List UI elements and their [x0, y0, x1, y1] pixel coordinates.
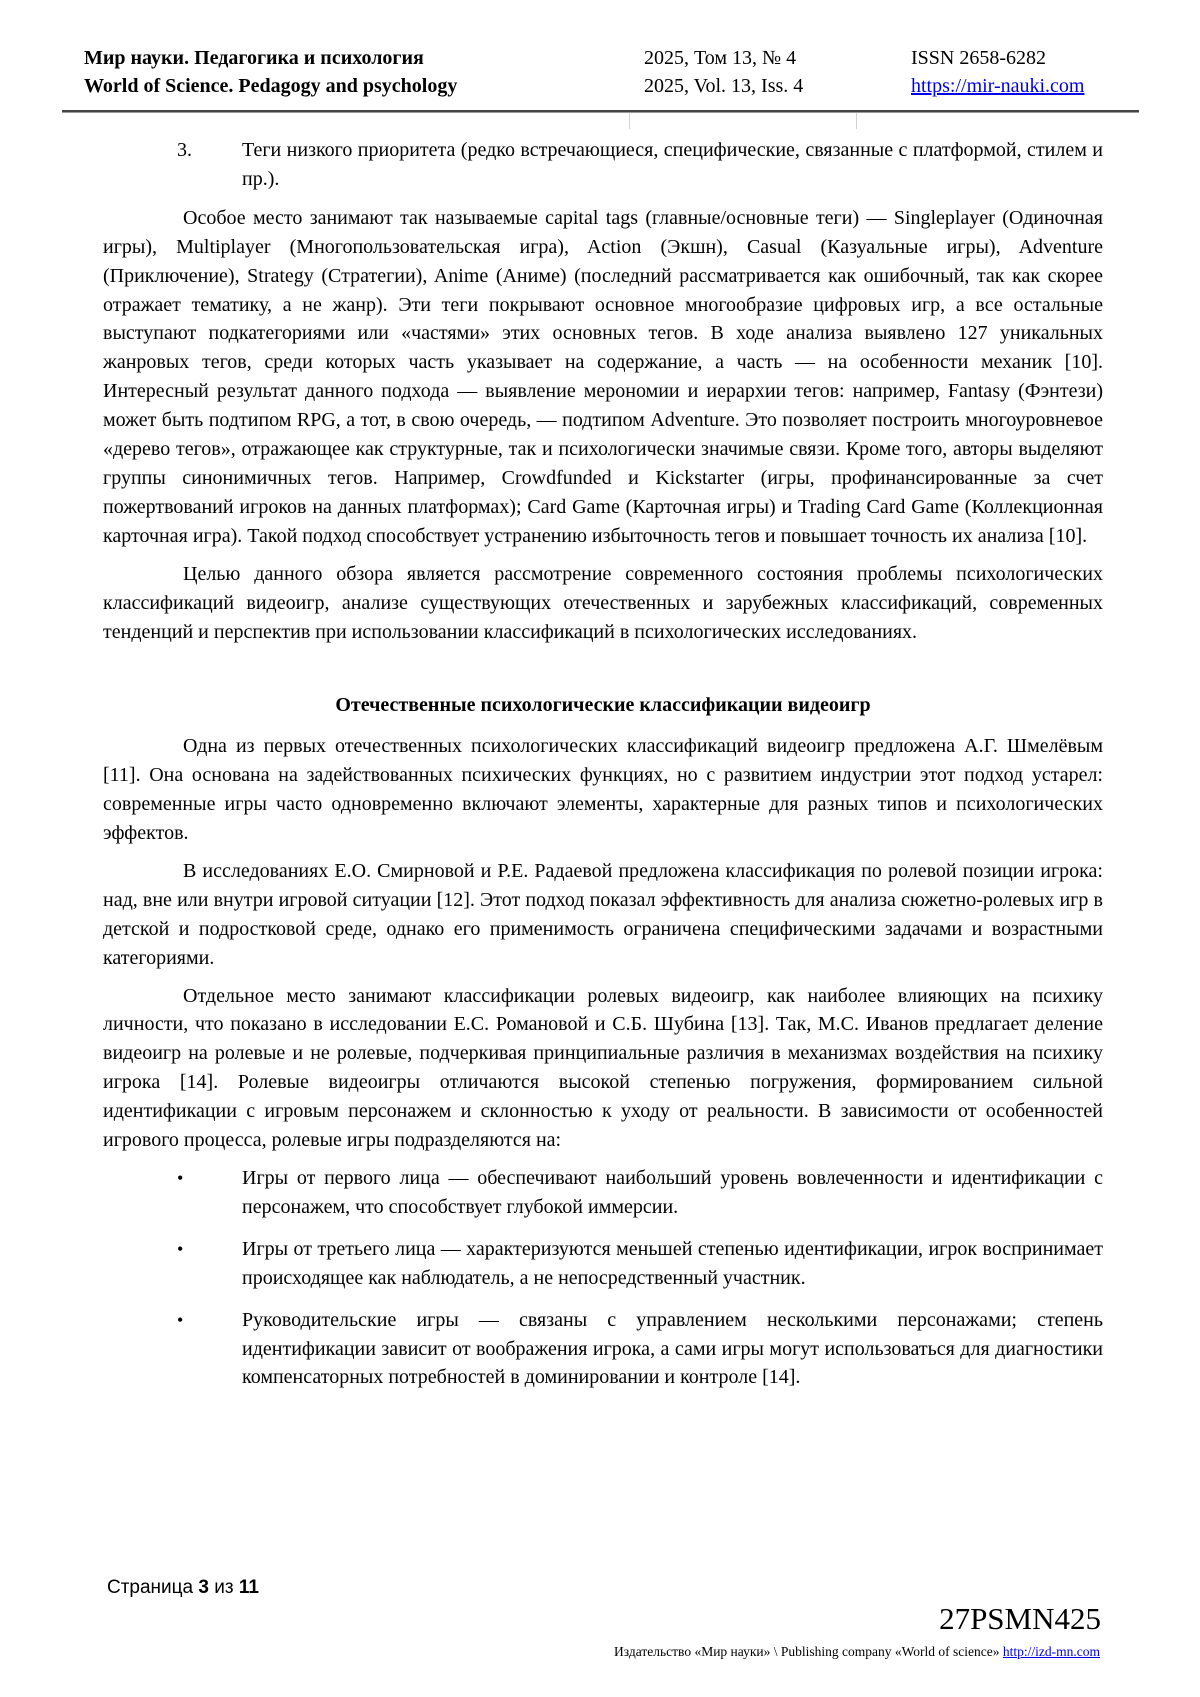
page-current: 3 [198, 1577, 209, 1598]
issue-info-block: 2025, Том 13, № 4 2025, Vol. 13, Iss. 4 [644, 44, 911, 100]
paragraph-capital-tags: Особое место занимают так называемые cap… [103, 204, 1103, 551]
issn-block: ISSN 2658-6282 https://mir-nauki.com [911, 44, 1116, 100]
bullet-dot: • [177, 1235, 242, 1293]
journal-title-ru: Мир науки. Педагогика и психология [84, 44, 644, 72]
article-id: 27PSMN425 [939, 1601, 1101, 1637]
publisher-site-link[interactable]: http://izd-mn.com [1003, 1644, 1100, 1659]
publisher-text: Издательство «Мир науки» \ Publishing co… [614, 1644, 999, 1659]
page-total: 11 [239, 1577, 259, 1598]
page-word: Страница [107, 1577, 193, 1598]
journal-site-link[interactable]: https://mir-nauki.com [911, 75, 1084, 97]
page-counter: Страница 3 из 11 [107, 1576, 259, 1600]
bullet-item-first-person: • Игры от первого лица — обеспечивают на… [103, 1164, 1103, 1222]
paragraph-review-goal: Целью данного обзора является рассмотрен… [103, 560, 1103, 647]
bullet-text: Игры от третьего лица — характеризуются … [242, 1235, 1103, 1293]
list-number: 3. [177, 136, 242, 194]
journal-title-block: Мир науки. Педагогика и психология World… [84, 44, 644, 100]
page-of-word: из [214, 1577, 233, 1598]
numbered-list-item: 3. Теги низкого приоритета (редко встреч… [103, 136, 1103, 194]
paragraph-smirnova-radaeva: В исследованиях Е.О. Смирновой и Р.Е. Ра… [103, 857, 1103, 973]
article-body: 3. Теги низкого приоритета (редко встреч… [103, 136, 1103, 1405]
issue-en: 2025, Vol. 13, Iss. 4 [644, 72, 911, 100]
paragraph-shmelev: Одна из первых отечественных психологиче… [103, 732, 1103, 848]
issn: ISSN 2658-6282 [911, 44, 1116, 72]
issue-ru: 2025, Том 13, № 4 [644, 44, 911, 72]
bullet-dot: • [177, 1306, 242, 1393]
list-item-text: Теги низкого приоритета (редко встречающ… [242, 136, 1103, 194]
paragraph-role-games: Отдельное место занимают классификации р… [103, 982, 1103, 1155]
header-divider [62, 110, 1139, 113]
bullet-dot: • [177, 1164, 242, 1222]
publisher-line: Издательство «Мир науки» \ Publishing co… [614, 1643, 1100, 1661]
bullet-text: Игры от первого лица — обеспечивают наиб… [242, 1164, 1103, 1222]
section-heading: Отечественные психологические классифика… [103, 691, 1103, 720]
journal-title-en: World of Science. Pedagogy and psycholog… [84, 72, 644, 100]
header-divider-tick [629, 113, 630, 129]
header-divider-tick [856, 113, 857, 129]
bullet-item-managerial: • Руководительские игры — связаны с упра… [103, 1306, 1103, 1393]
journal-header: Мир науки. Педагогика и психология World… [84, 44, 1116, 100]
bullet-item-third-person: • Игры от третьего лица — характеризуютс… [103, 1235, 1103, 1293]
document-page: Мир науки. Педагогика и психология World… [0, 0, 1200, 1697]
bullet-text: Руководительские игры — связаны с управл… [242, 1306, 1103, 1393]
